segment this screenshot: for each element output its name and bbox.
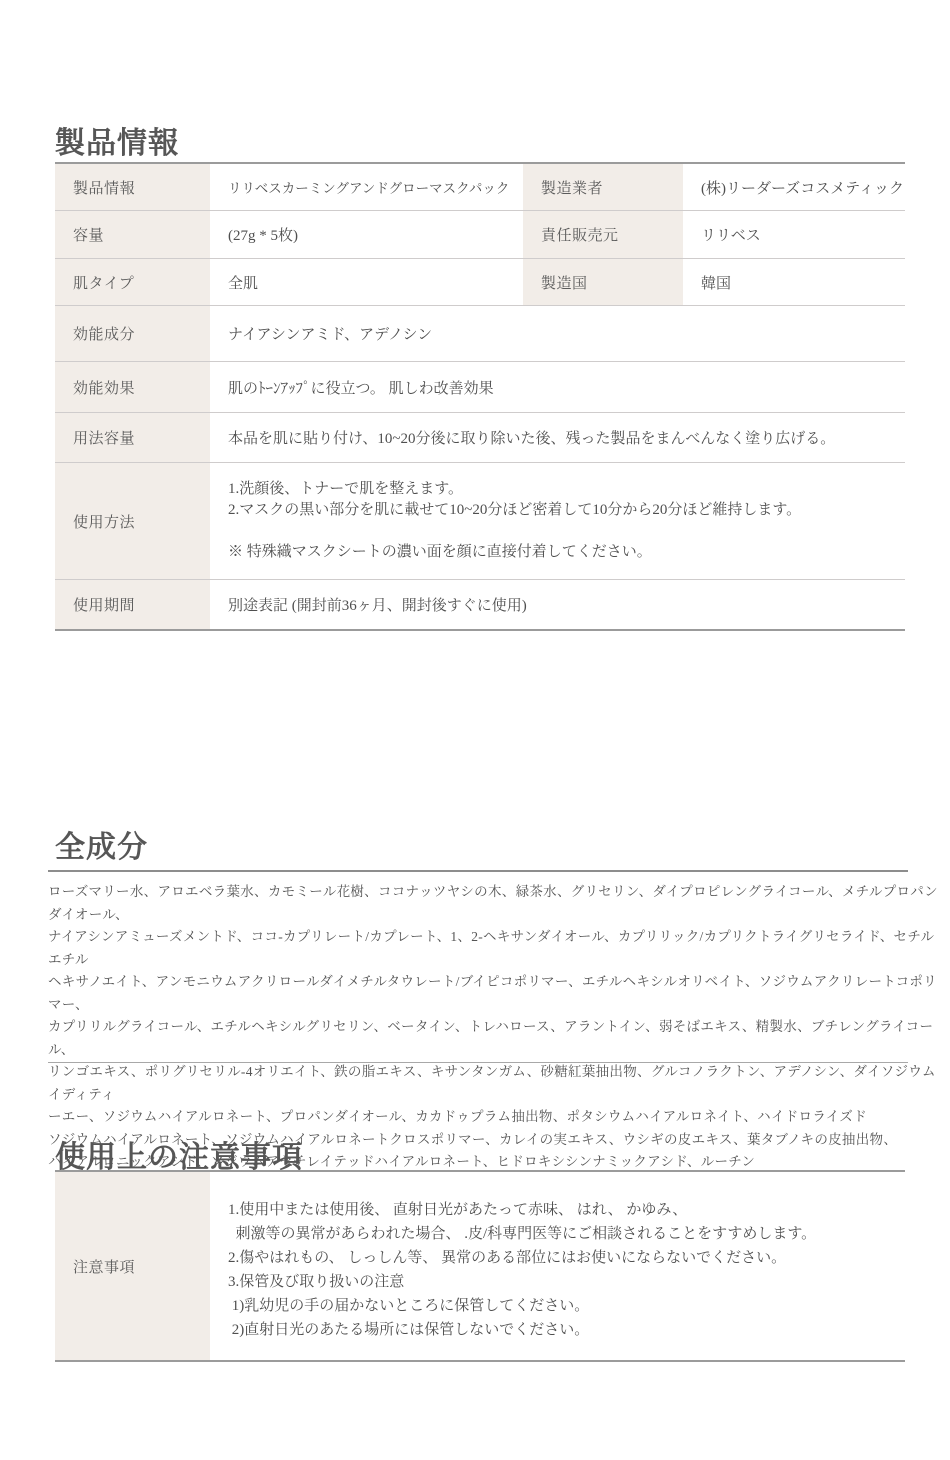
row-label-volume: 容量: [55, 211, 210, 258]
row-value-dosage: 本品を肌に貼り付け、10~20分後に取り除いた後、残った製品をまんべんなく塗り広…: [210, 413, 905, 462]
row-label-effects: 効能効果: [55, 362, 210, 412]
row-value-period: 別途表記 (開封前36ヶ月、開封後すぐに使用): [210, 580, 905, 629]
caution-line: 1)乳幼児の手の届かないところに保管してください。: [228, 1294, 905, 1318]
table-row: 効能効果 肌のﾄｰﾝｱｯﾌﾟに役立つ。 肌しわ改善効果: [55, 361, 905, 412]
product-info-title: 製品情報: [55, 126, 179, 162]
ingredients-line: カプリリルグライコール、エチルヘキシルグリセリン、ベータイン、トレハロース、アラ…: [48, 1016, 943, 1061]
row-label-manufacturer: 製造業者: [523, 164, 683, 210]
row-value-product-name: リリベスカーミングアンドグローマスクパック: [210, 164, 523, 210]
row-label-active-ingredients: 効能成分: [55, 306, 210, 361]
table-row: 使用方法 1.洗顔後、トナーで肌を整えます。 2.マスクの黒い部分を肌に載せて1…: [55, 462, 905, 579]
usage-step: 2.マスクの黒い部分を肌に載せて10~20分ほど密着して10分から20分ほど維持…: [228, 500, 801, 521]
table-row: 使用期間 別途表記 (開封前36ヶ月、開封後すぐに使用): [55, 579, 905, 629]
table-row: 容量 (27g * 5枚) 責任販売元 リリベス: [55, 210, 905, 258]
caution-line: 2.傷やはれもの、 しっしん等、 異常のある部位にはお使いにならないでください。: [228, 1246, 905, 1270]
divider: [48, 1062, 908, 1063]
product-info-table: 製品情報 リリベスカーミングアンドグローマスクパック 製造業者 (株)リーダーズ…: [55, 162, 905, 631]
caution-line: 2)直射日光のあたる場所には保管しないでください。: [228, 1318, 905, 1342]
ingredients-line: ナイアシンアミューズメントド、ココ-カプリレート/カプレート、1、2-ヘキサンダ…: [48, 926, 943, 971]
caution-table: 注意事項 1.使用中または使用後、 直射日光があたって赤味、 はれ、 かゆみ、 …: [55, 1170, 905, 1362]
row-value-skin-type: 全肌: [210, 259, 523, 305]
caution-line: 3.保管及び取り扱いの注意: [228, 1270, 905, 1294]
row-label-dosage: 用法容量: [55, 413, 210, 462]
row-value-country: 韓国: [683, 259, 905, 305]
ingredients-line: リンゴエキス、ポリグリセリル-4オリエイト、鉄の脂エキス、キサンタンガム、砂糖紅…: [48, 1061, 943, 1106]
row-value-caution: 1.使用中または使用後、 直射日光があたって赤味、 はれ、 かゆみ、 刺激等の異…: [210, 1172, 905, 1360]
row-label-caution: 注意事項: [55, 1172, 210, 1360]
ingredients-line: ヘキサノエイト、アンモニウムアクリロールダイメチルタウレート/ブイピコポリマー、…: [48, 971, 943, 1016]
row-label-country: 製造国: [523, 259, 683, 305]
row-value-effects: 肌のﾄｰﾝｱｯﾌﾟに役立つ。 肌しわ改善効果: [210, 362, 905, 412]
table-row: 肌タイプ 全肌 製造国 韓国: [55, 258, 905, 305]
divider: [48, 870, 908, 872]
ingredients-line: ーエー、ソジウムハイアルロネート、プロパンダイオール、カカドゥプラム抽出物、ポタ…: [48, 1106, 943, 1129]
caution-line: 1.使用中または使用後、 直射日光があたって赤味、 はれ、 かゆみ、: [228, 1198, 905, 1222]
row-label-period: 使用期間: [55, 580, 210, 629]
usage-step: 1.洗顔後、トナーで肌を整えます。: [228, 479, 463, 500]
ingredients-list: ローズマリー水、アロエベラ葉水、カモミール花樹、ココナッツヤシの木、緑茶水、グリ…: [48, 881, 943, 1174]
table-row: 用法容量 本品を肌に貼り付け、10~20分後に取り除いた後、残った製品をまんべん…: [55, 412, 905, 462]
row-label-seller: 責任販売元: [523, 211, 683, 258]
row-value-seller: リリベス: [683, 211, 905, 258]
ingredients-title: 全成分: [55, 830, 148, 866]
row-value-active-ingredients: ナイアシンアミド、アデノシン: [210, 306, 905, 361]
row-value-manufacturer: (株)リーダーズコスメティック: [683, 164, 905, 210]
row-label-skin-type: 肌タイプ: [55, 259, 210, 305]
row-label-product-name: 製品情報: [55, 164, 210, 210]
table-row: 効能成分 ナイアシンアミド、アデノシン: [55, 305, 905, 361]
row-value-usage: 1.洗顔後、トナーで肌を整えます。 2.マスクの黒い部分を肌に載せて10~20分…: [210, 463, 905, 579]
row-value-volume: (27g * 5枚): [210, 211, 523, 258]
ingredients-line: ローズマリー水、アロエベラ葉水、カモミール花樹、ココナッツヤシの木、緑茶水、グリ…: [48, 881, 943, 926]
table-row: 製品情報 リリベスカーミングアンドグローマスクパック 製造業者 (株)リーダーズ…: [55, 164, 905, 210]
usage-note: ※ 特殊織マスクシートの濃い面を顔に直接付着してください。: [228, 542, 652, 563]
caution-line: 刺激等の異常があらわれた場合、 .皮/科専門医等にご相談されることをすすめします…: [228, 1222, 905, 1246]
row-label-usage: 使用方法: [55, 463, 210, 579]
